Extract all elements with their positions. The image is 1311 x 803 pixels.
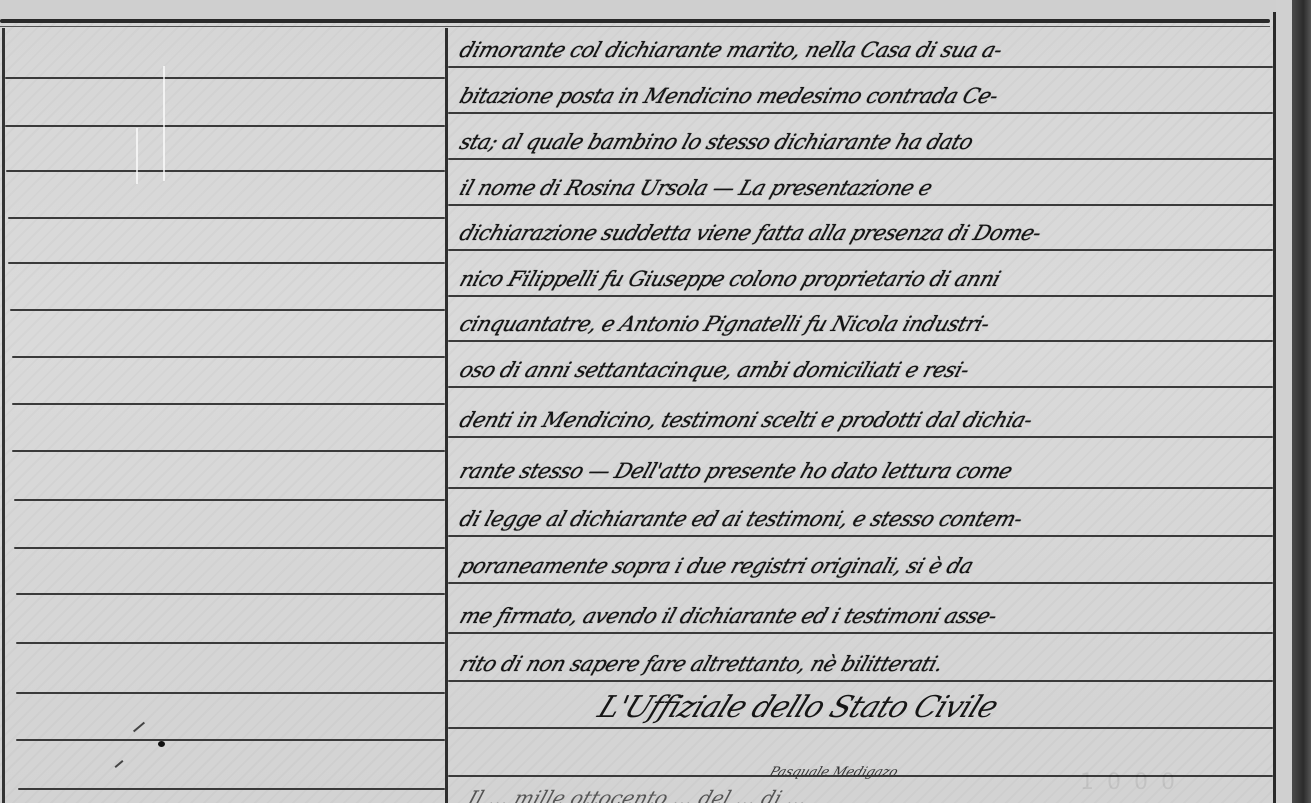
right-page-margin [1276,0,1292,803]
body-rule [448,727,1273,729]
paper-scratch [136,128,138,184]
column-divider [445,28,448,803]
handwritten-line: oso di anni settantacinque, ambi domicil… [455,353,1286,387]
margin-rule [10,309,445,311]
margin-rule [8,217,445,219]
handwritten-line: rito di non sapere fare altrettanto, nè … [455,647,1286,681]
header-rule [0,19,1270,23]
page-top-edge [0,0,1311,20]
handwritten-line: il nome di Rosina Ursola — La presentazi… [455,171,1286,205]
handwritten-line: poraneamente sopra i due registri origin… [455,549,1286,583]
handwritten-line: cinquantatre, e Antonio Pignatelli fu Ni… [455,307,1286,341]
book-binding [1292,0,1311,803]
registry-page: dimorante col dichiarante marito, nella … [0,0,1311,803]
margin-rule [12,450,445,452]
margin-rule [16,692,445,694]
handwritten-line: me firmato, avendo il dichiarante ed i t… [455,599,1286,633]
ink-tick [133,722,145,733]
margin-rule [14,547,445,549]
ink-blot [158,741,165,747]
signer-name: Pasquale Medigazo [767,765,900,780]
margin-rule [12,403,445,405]
left-frame-line [2,28,5,803]
handwritten-line: sta; al quale bambino lo stesso dichiara… [455,125,1286,159]
margin-rule [16,593,445,595]
handwritten-line: rante stesso — Dell'atto presente ho dat… [455,454,1286,488]
margin-rule [16,739,445,741]
margin-rule [8,262,445,264]
handwritten-line: nico Filippelli fu Giuseppe colono propr… [455,262,1286,296]
next-entry-fragment: Il ... mille ottocento ... del ... di ..… [467,786,1263,803]
handwritten-line: bitazione posta in Mendicino medesimo co… [455,79,1286,113]
header-rule-thin [0,26,1270,27]
margin-rule [14,499,445,501]
margin-rule [6,170,445,172]
handwritten-line: denti in Mendicino, testimoni scelti e p… [455,403,1286,437]
margin-rule [5,125,445,127]
handwritten-line: di legge al dichiarante ed ai testimoni,… [455,502,1286,536]
margin-rule [5,77,445,79]
paper-scratch [163,66,165,181]
margin-rule [18,788,445,790]
official-signature-title: L'Uffiziale dello Stato Civile [593,690,1003,725]
margin-rule [16,642,445,644]
handwritten-line: dichiarazione suddetta viene fatta alla … [455,216,1286,250]
ink-tick [115,760,124,768]
handwritten-line: dimorante col dichiarante marito, nella … [455,33,1286,67]
margin-rule [12,356,445,358]
